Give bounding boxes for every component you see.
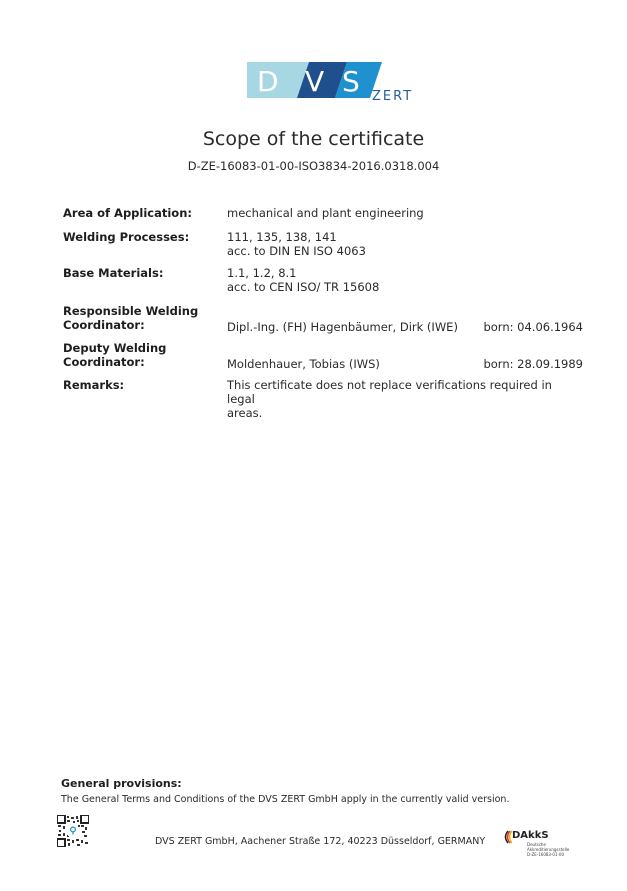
- value-line: 111, 135, 138, 141: [227, 230, 557, 244]
- field-value: mechanical and plant engineering: [227, 206, 557, 220]
- dvs-zert-logo: D V S ZERT: [247, 60, 417, 102]
- field-value: This certificate does not replace verifi…: [227, 378, 567, 420]
- value-line: acc. to CEN ISO/ TR 15608: [227, 280, 557, 294]
- field-label: Deputy Welding Coordinator:: [63, 341, 166, 369]
- value-line: This certificate does not replace verifi…: [227, 378, 567, 406]
- general-provisions-text: The General Terms and Conditions of the …: [61, 794, 509, 805]
- company-address: DVS ZERT GmbH, Aachener Straße 172, 4022…: [155, 836, 485, 847]
- birth-date: born: 28.09.1989: [483, 357, 583, 371]
- value-line: areas.: [227, 406, 567, 420]
- field-label: Responsible Welding Coordinator:: [63, 304, 198, 332]
- general-provisions: General provisions: The General Terms an…: [61, 777, 509, 805]
- value-line: 1.1, 1.2, 8.1: [227, 266, 557, 280]
- qr-code-icon: [57, 815, 89, 847]
- label-line: Deputy Welding: [63, 341, 166, 355]
- field-label: Area of Application:: [63, 206, 192, 220]
- label-line: Coordinator:: [63, 355, 166, 369]
- dakks-name: DAkkS: [512, 830, 549, 841]
- field-value: 111, 135, 138, 141 acc. to DIN EN ISO 40…: [227, 230, 557, 258]
- birth-date: born: 04.06.1964: [483, 320, 583, 334]
- svg-text:S: S: [342, 65, 360, 98]
- page-title: Scope of the certificate: [0, 128, 627, 150]
- field-label: Remarks:: [63, 378, 124, 392]
- svg-text:V: V: [305, 65, 324, 98]
- dakks-line: D-ZE-16083-01-00: [527, 852, 569, 857]
- dakks-subtitle: Deutsche Akkreditierungsstelle D-ZE-1608…: [527, 842, 569, 857]
- field-label: Welding Processes:: [63, 230, 189, 244]
- svg-text:ZERT: ZERT: [372, 89, 413, 102]
- value-line: acc. to DIN EN ISO 4063: [227, 244, 557, 258]
- label-line: Coordinator:: [63, 318, 198, 332]
- field-value: 1.1, 1.2, 8.1 acc. to CEN ISO/ TR 15608: [227, 266, 557, 294]
- dakks-accreditation-mark: DAkkS Deutsche Akkreditierungsstelle D-Z…: [502, 830, 582, 860]
- svg-text:D: D: [257, 65, 279, 98]
- general-provisions-title: General provisions:: [61, 777, 509, 790]
- label-line: Responsible Welding: [63, 304, 198, 318]
- certificate-number: D-ZE-16083-01-00-ISO3834-2016.0318.004: [0, 159, 627, 173]
- dakks-flag-icon: [502, 830, 512, 844]
- field-label: Base Materials:: [63, 266, 163, 280]
